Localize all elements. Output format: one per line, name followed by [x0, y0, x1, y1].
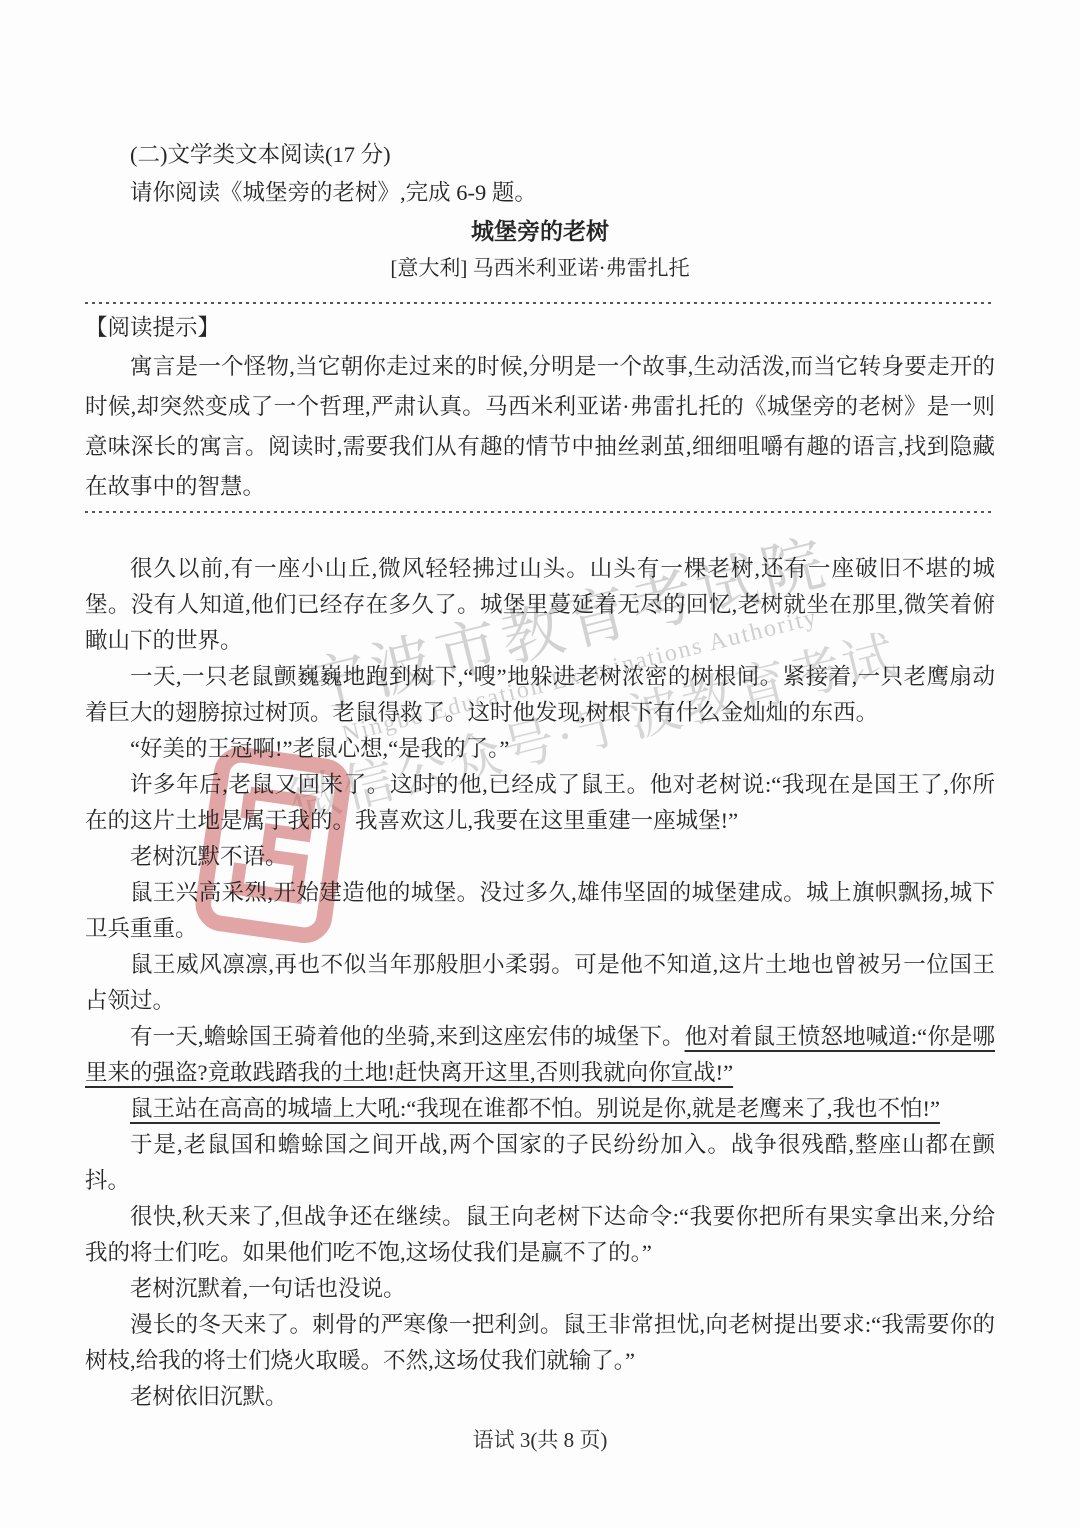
- story-paragraph: 很快,秋天来了,但战争还在继续。鼠王向老树下达命令:“我要你把所有果实拿出来,分…: [85, 1199, 995, 1271]
- reading-hint-label: 【阅读提示】: [85, 309, 995, 347]
- story-paragraph: “好美的王冠啊!”老鼠心想,“是我的了。”: [85, 731, 995, 767]
- section-heading: (二)文学类文本阅读(17 分): [85, 136, 995, 174]
- story-paragraph: 有一天,蟾蜍国王骑着他的坐骑,来到这座宏伟的城堡下。他对着鼠王愤怒地喊道:“你是…: [85, 1019, 995, 1091]
- story-run: 鼠王兴高采烈,开始建造他的城堡。没过多久,雄伟坚固的城堡建成。城上旗帜飘扬,城下…: [85, 880, 995, 941]
- story-run: 老树依旧沉默。: [130, 1384, 288, 1409]
- story-run: “好美的王冠啊!”老鼠心想,“是我的了。”: [130, 736, 509, 761]
- story-run: 老树沉默着,一句话也没说。: [130, 1276, 406, 1301]
- passage-title: 城堡旁的老树: [85, 212, 995, 250]
- story-underlined-run: 鼠王站在高高的城墙上大吼:“我现在谁都不怕。别说是你,就是老鹰来了,我也不怕!”: [130, 1096, 940, 1121]
- story-paragraph: 鼠王站在高高的城墙上大吼:“我现在谁都不怕。别说是你,就是老鹰来了,我也不怕!”: [85, 1091, 995, 1127]
- story-paragraph: 老树沉默不语。: [85, 839, 995, 875]
- story-body: 很久以前,有一座小山丘,微风轻轻拂过山头。山头有一棵老树,还有一座破旧不堪的城堡…: [85, 551, 995, 1415]
- instruction-line: 请你阅读《城堡旁的老树》,完成 6-9 题。: [85, 174, 995, 212]
- story-run: 很快,秋天来了,但战争还在继续。鼠王向老树下达命令:“我要你把所有果实拿出来,分…: [85, 1204, 995, 1265]
- story-run: 很久以前,有一座小山丘,微风轻轻拂过山头。山头有一棵老树,还有一座破旧不堪的城堡…: [85, 556, 995, 653]
- story-paragraph: 老树沉默着,一句话也没说。: [85, 1271, 995, 1307]
- story-run: 一天,一只老鼠颤巍巍地跑到树下,“嗖”地躲进老树浓密的树根间。紧接着,一只老鹰扇…: [85, 664, 995, 725]
- page-footer: 语试 3(共 8 页): [0, 1424, 1080, 1454]
- dashed-divider-top: [85, 302, 995, 304]
- story-paragraph: 许多年后,老鼠又回来了。这时的他,已经成了鼠王。他对老树说:“我现在是国王了,你…: [85, 767, 995, 839]
- story-paragraph: 于是,老鼠国和蟾蜍国之间开战,两个国家的子民纷纷加入。战争很残酷,整座山都在颤抖…: [85, 1127, 995, 1199]
- story-paragraph: 漫长的冬天来了。刺骨的严寒像一把利剑。鼠王非常担忧,向老树提出要求:“我需要你的…: [85, 1307, 995, 1379]
- passage-author: [意大利] 马西米利亚诺·弗雷扎托: [85, 250, 995, 287]
- dashed-divider-bottom: [85, 511, 995, 513]
- story-run: 鼠王威风凛凛,再也不似当年那般胆小柔弱。可是他不知道,这片土地也曾被另一位国王占…: [85, 952, 995, 1013]
- story-paragraph: 一天,一只老鼠颤巍巍地跑到树下,“嗖”地躲进老树浓密的树根间。紧接着,一只老鹰扇…: [85, 659, 995, 731]
- story-paragraph: 很久以前,有一座小山丘,微风轻轻拂过山头。山头有一棵老树,还有一座破旧不堪的城堡…: [85, 551, 995, 659]
- reading-hint-text: 寓言是一个怪物,当它朝你走过来的时候,分明是一个故事,生动活泼,而当它转身要走开…: [85, 347, 995, 507]
- story-run: 于是,老鼠国和蟾蜍国之间开战,两个国家的子民纷纷加入。战争很残酷,整座山都在颤抖…: [85, 1132, 995, 1193]
- exam-page: 宁波市教育考试院 Ningbo Education Examinations A…: [0, 0, 1080, 1528]
- story-paragraph: 鼠王兴高采烈,开始建造他的城堡。没过多久,雄伟坚固的城堡建成。城上旗帜飘扬,城下…: [85, 875, 995, 947]
- story-run: 老树沉默不语。: [130, 844, 288, 869]
- story-run: 许多年后,老鼠又回来了。这时的他,已经成了鼠王。他对老树说:“我现在是国王了,你…: [85, 772, 995, 833]
- story-run: 有一天,蟾蜍国王骑着他的坐骑,来到这座宏伟的城堡下。: [130, 1024, 685, 1049]
- story-paragraph: 鼠王威风凛凛,再也不似当年那般胆小柔弱。可是他不知道,这片土地也曾被另一位国王占…: [85, 947, 995, 1019]
- story-run: 漫长的冬天来了。刺骨的严寒像一把利剑。鼠王非常担忧,向老树提出要求:“我需要你的…: [85, 1312, 995, 1373]
- story-paragraph: 老树依旧沉默。: [85, 1379, 995, 1415]
- passage-column: (二)文学类文本阅读(17 分) 请你阅读《城堡旁的老树》,完成 6-9 题。 …: [85, 136, 995, 1415]
